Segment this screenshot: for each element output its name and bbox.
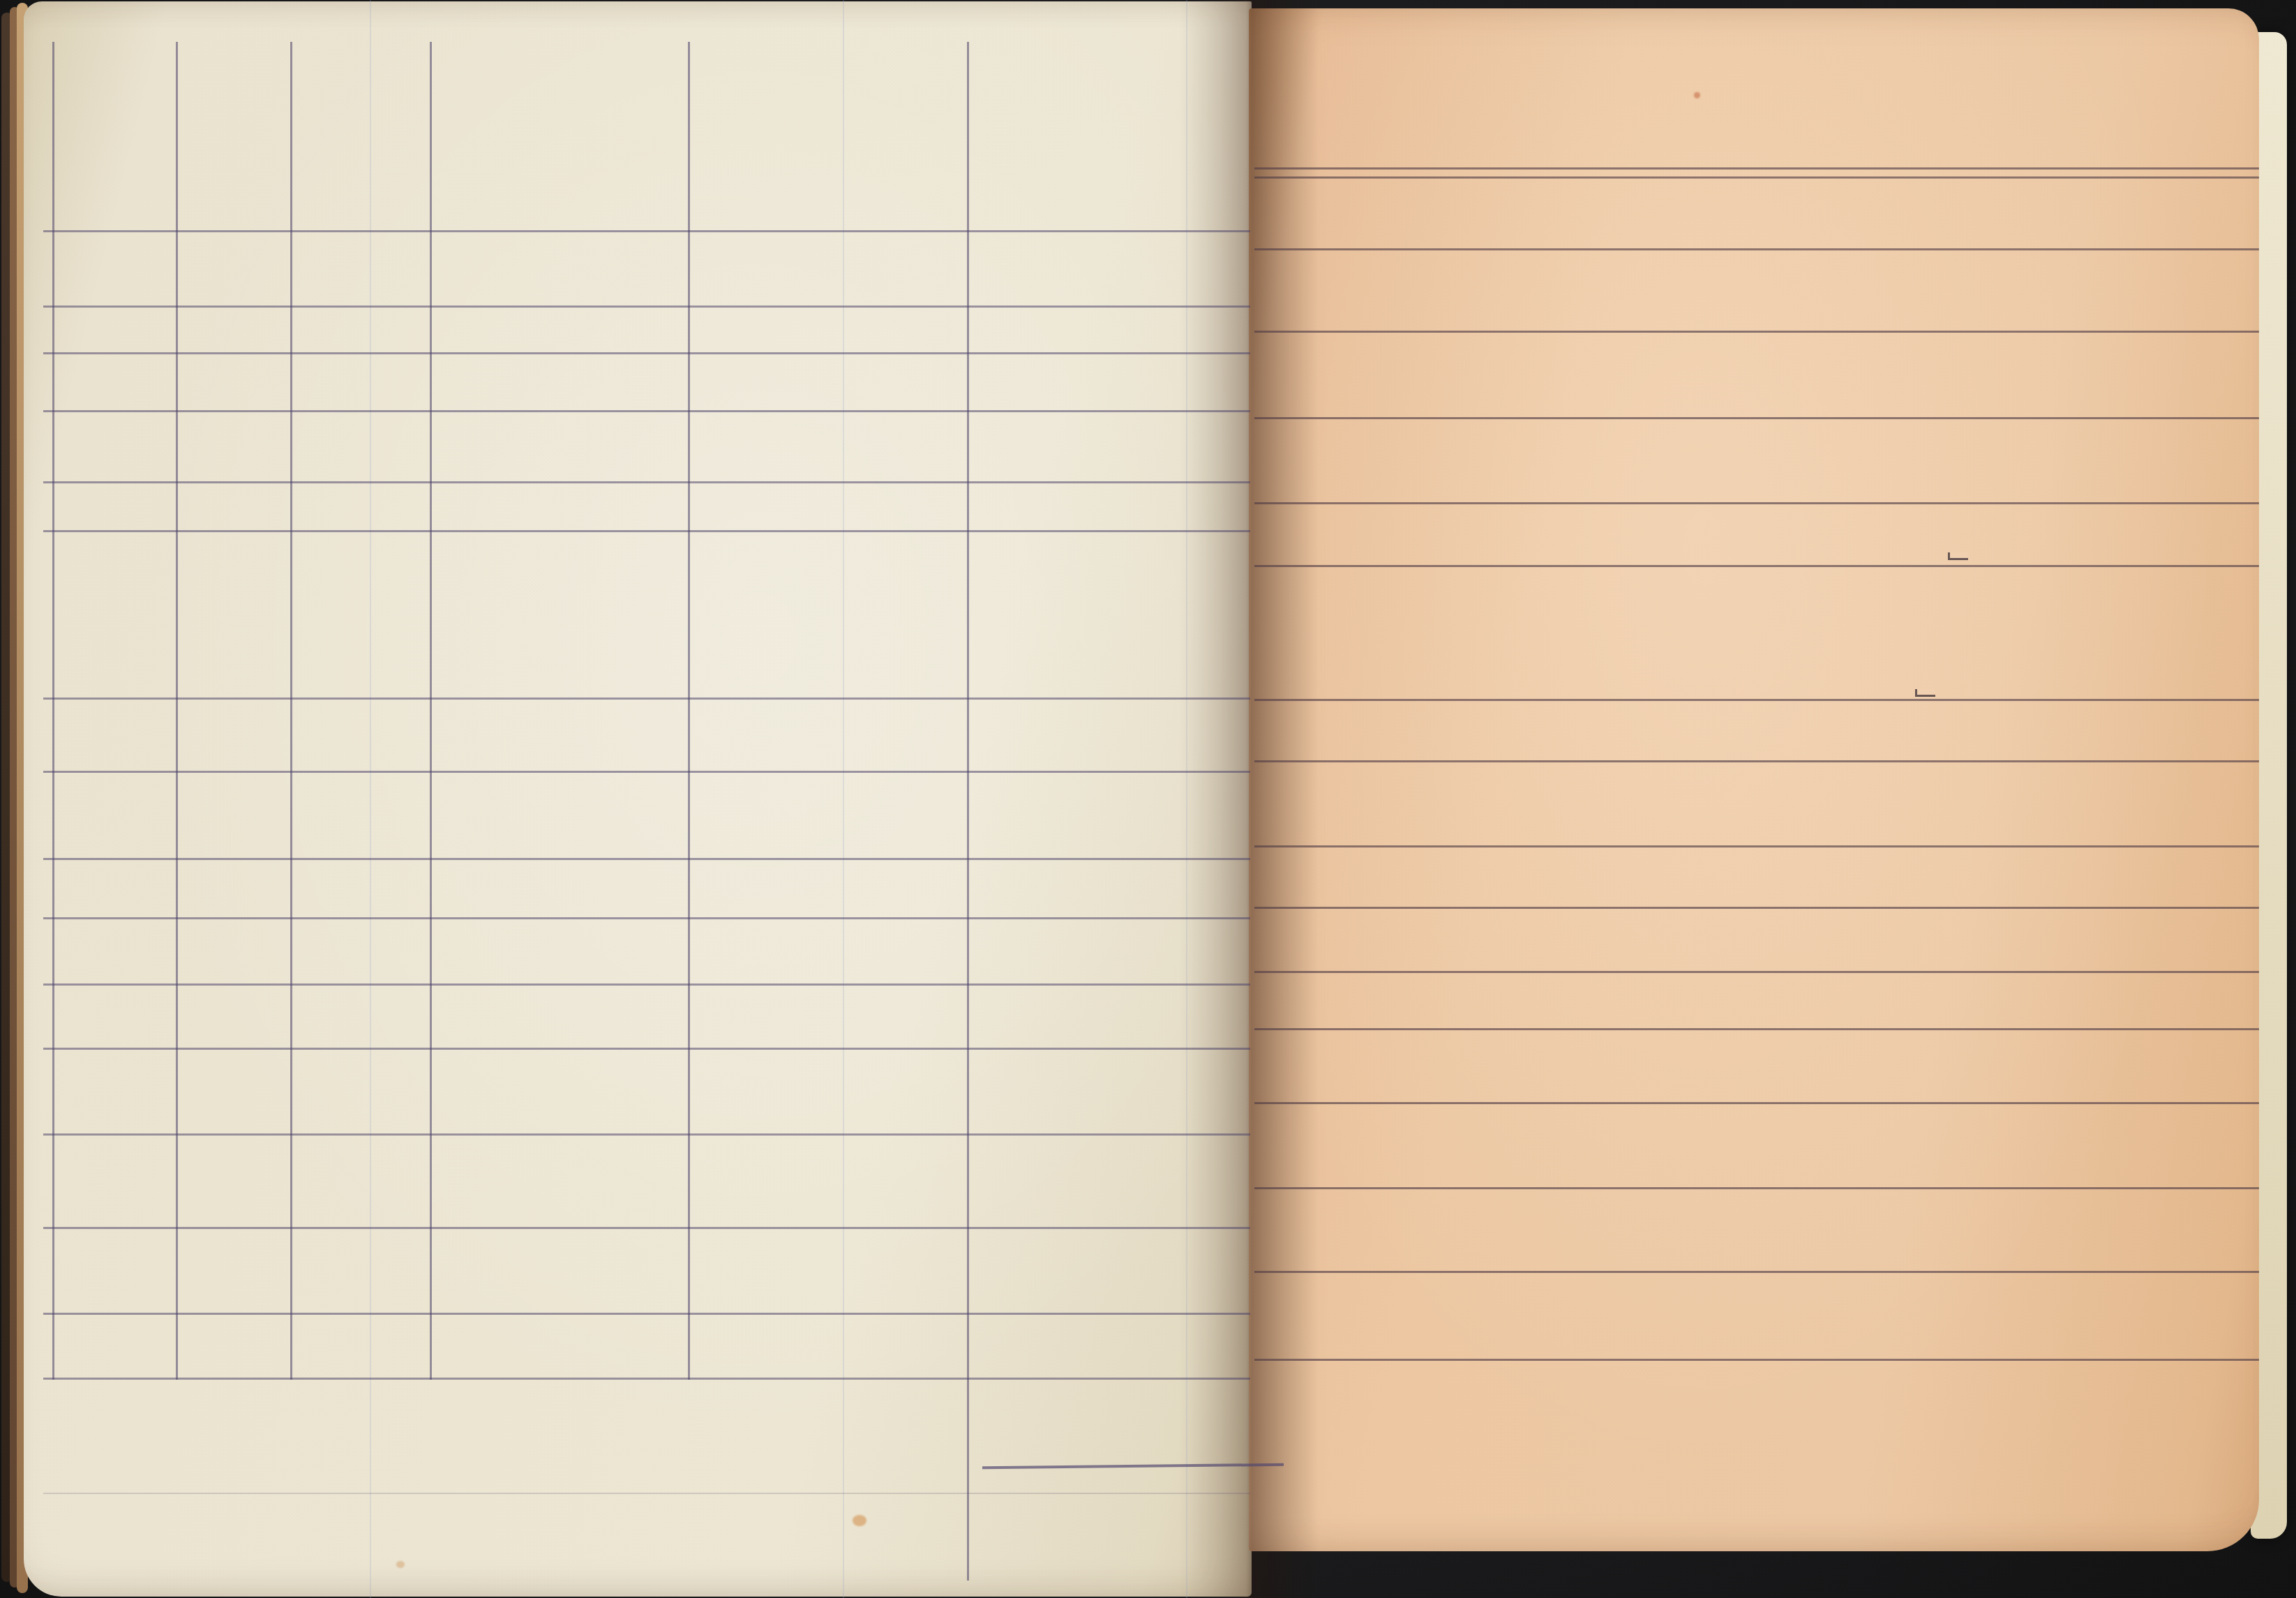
entry-separator [1254, 176, 2259, 179]
catalog-entry [1292, 533, 2179, 558]
printed-rule [1186, 0, 1187, 1598]
entry-separator [1254, 417, 2259, 419]
paper-stain [1694, 92, 1700, 98]
catalog-entry [1292, 1190, 2179, 1215]
row-line [43, 771, 1250, 773]
column-line [290, 42, 292, 1380]
catalog-entry [1292, 1302, 2179, 1327]
paper-stain [853, 1515, 866, 1526]
catalog-entry [1292, 361, 2179, 386]
row-line [43, 481, 1250, 483]
entry-separator [1254, 565, 2259, 567]
row-line [43, 698, 1250, 700]
column-line [688, 42, 690, 1380]
entry-separator [1254, 331, 2259, 333]
row-line [43, 410, 1250, 412]
entry-separator [1254, 248, 2259, 250]
catalog-entry [1292, 875, 2179, 900]
entry-separator [1254, 845, 2259, 847]
entry-separator [1254, 907, 2259, 909]
row-line [43, 1133, 1250, 1136]
catalog-entry [1292, 730, 2179, 755]
entry-separator [1254, 167, 2259, 169]
row-line [43, 306, 1250, 308]
row-line [43, 858, 1250, 860]
catalog-entry [1292, 792, 2179, 817]
row-line [43, 1313, 1250, 1315]
plate-reference-label [1948, 552, 1968, 560]
paper-stain [396, 1561, 405, 1568]
row-line [43, 1227, 1250, 1229]
catalog-entry [1292, 1133, 2179, 1158]
entry-separator [1254, 1271, 2259, 1273]
entry-separator [1254, 502, 2259, 504]
entry-separator [1254, 1187, 2259, 1189]
catalog-entry [1292, 914, 2179, 939]
column-line [52, 42, 54, 1380]
plate-reference-label [1915, 689, 1935, 697]
catalog-entry [1292, 211, 2179, 236]
entry-separator [1254, 1359, 2259, 1361]
catalog-entry [1292, 276, 2179, 301]
scanned-auction-book-spread [0, 0, 2296, 1598]
printed-rule [843, 0, 844, 1598]
column-line [430, 42, 432, 1380]
column-line [967, 42, 969, 1581]
row-line [43, 530, 1250, 532]
column-line [176, 42, 178, 1380]
row-line [43, 983, 1250, 986]
catalog-entry [1292, 597, 2179, 622]
catalog-entry [1292, 999, 2179, 1024]
entry-separator [1254, 1102, 2259, 1104]
row-line [43, 1048, 1250, 1050]
row-line [43, 352, 1250, 354]
printed-rule [370, 0, 371, 1598]
entry-separator [1254, 1028, 2259, 1030]
row-line [43, 230, 1250, 232]
entry-separator [1254, 760, 2259, 762]
catalog-entry [1292, 1050, 2179, 1076]
entry-separator [1254, 971, 2259, 973]
entry-separator [1254, 699, 2259, 701]
ledger-page [24, 1, 1252, 1597]
row-line [43, 917, 1250, 919]
catalog-entry [1292, 446, 2179, 472]
row-line [43, 1378, 1250, 1380]
row-line [43, 1493, 1250, 1494]
